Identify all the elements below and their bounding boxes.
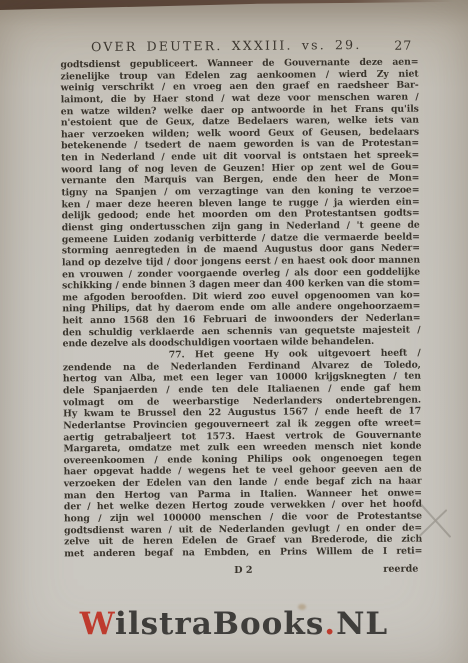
- watermark-initial: W: [80, 606, 115, 642]
- running-head-title: OVER DEUTER. XXXIII. vs. 29.: [60, 37, 418, 55]
- watermark-dot: .: [324, 606, 336, 642]
- wilstrabooks-watermark: WilstraBooks.NL: [0, 606, 468, 642]
- signature-line: reerde D 2: [64, 564, 422, 580]
- page-number: 27: [394, 38, 412, 53]
- watermark-mid: ilstraBooks: [115, 606, 324, 642]
- watermark-nl: NL: [336, 606, 388, 642]
- text-line: met anderen begaf na Embden, en Prins Wi…: [64, 545, 422, 559]
- running-head: 27 OVER DEUTER. XXXIII. vs. 29.: [60, 37, 418, 56]
- gathering-signature: D 2: [64, 564, 422, 578]
- body-text-block: godtsdienst gepubliceert. Wanneer de Gou…: [60, 57, 422, 560]
- scanned-book-page: 27 OVER DEUTER. XXXIII. vs. 29. godtsdie…: [0, 0, 468, 663]
- catchword: reerde: [383, 564, 418, 575]
- page-scan-content: 27 OVER DEUTER. XXXIII. vs. 29. godtsdie…: [0, 0, 468, 663]
